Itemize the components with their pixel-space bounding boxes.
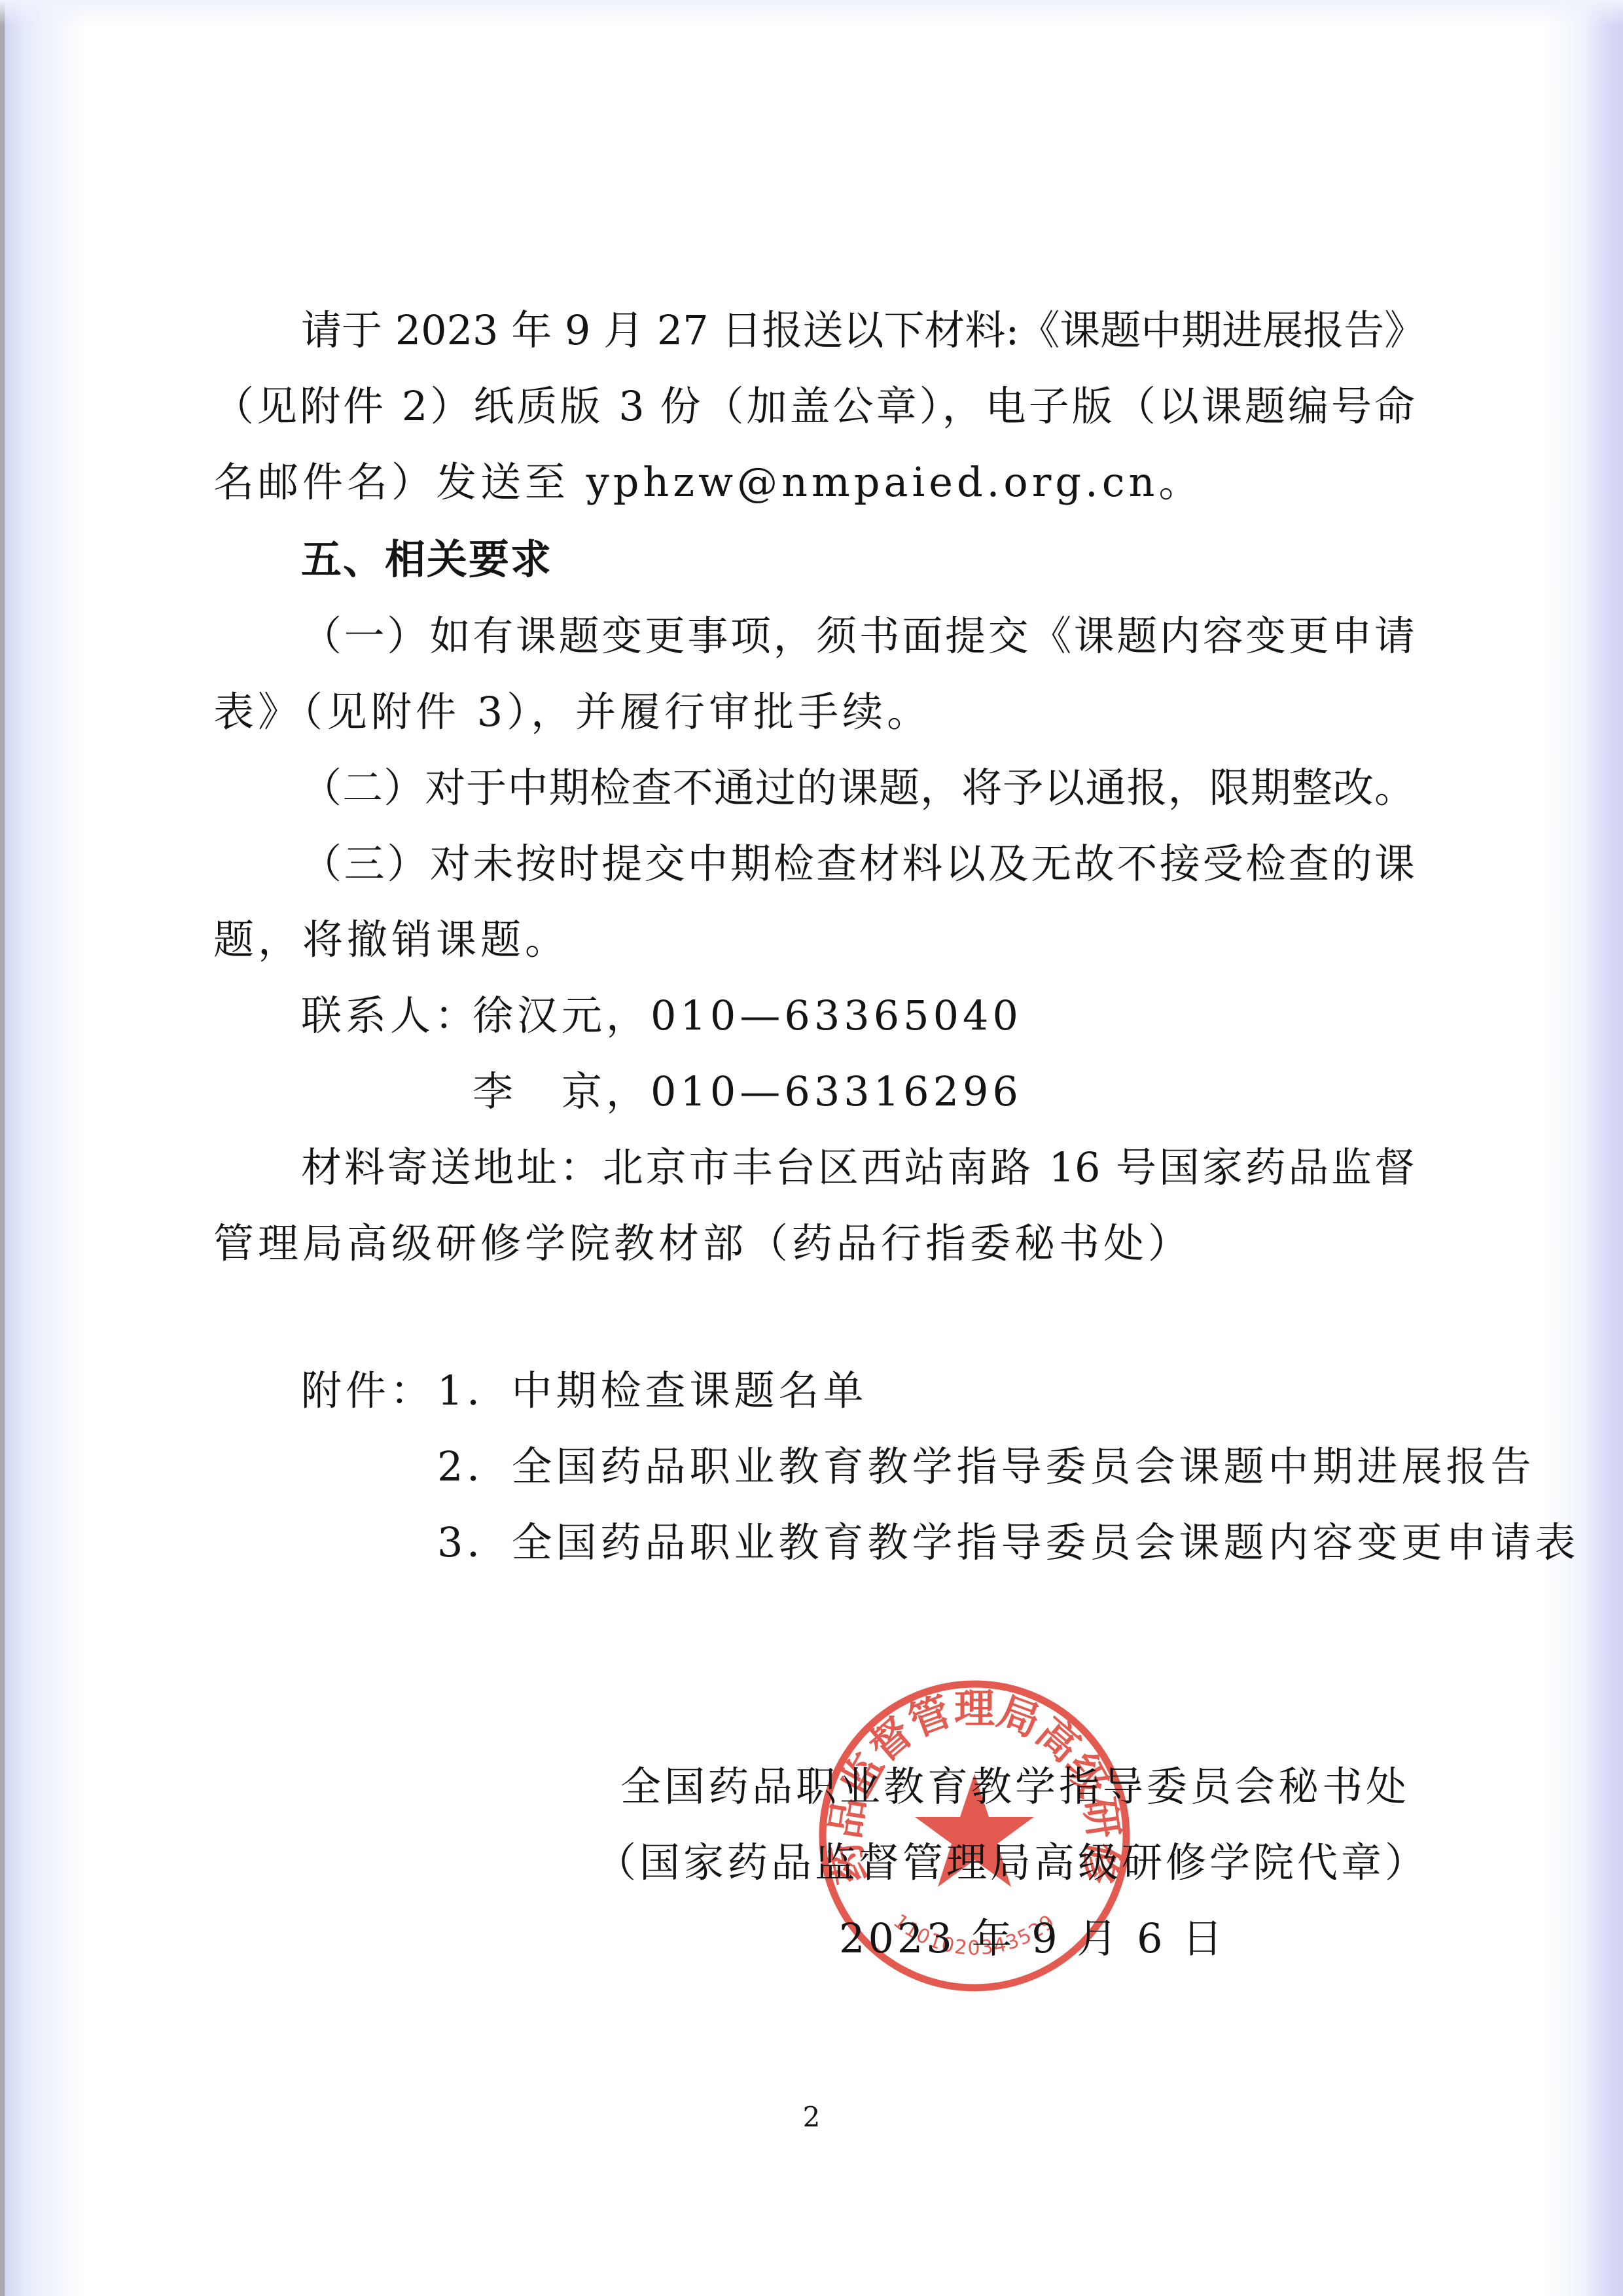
requirement-item-3-line-2: 题，将撤销课题。 <box>213 914 569 966</box>
paragraph-submission-line-3: 名邮件名）发送至 yphzw@nmpaied.org.cn。 <box>213 456 1203 509</box>
attachment-item-2: 2．全国药品职业教育教学指导委员会课题中期进展报告 <box>437 1441 1535 1493</box>
contact-person-1: 徐汉元，010—63365040 <box>473 990 1022 1042</box>
requirement-item-2: （二）对于中期检查不通过的课题，将予以通报，限期整改。 <box>301 762 1415 814</box>
signature-seal-note: （国家药品监督管理局高级研修学院代章） <box>596 1837 1429 1889</box>
attachment-item-3: 3．全国药品职业教育教学指导委员会课题内容变更申请表 <box>437 1516 1579 1569</box>
contact-person-2: 李 京，010—63316296 <box>473 1066 1022 1118</box>
attachments-label: 附件： <box>301 1365 435 1417</box>
contact-name: 徐汉元 <box>473 992 606 1039</box>
requirement-item-1-line-2: 表》（见附件 3），并履行审批手续。 <box>213 686 931 738</box>
signature-organization: 全国药品职业教育教学指导委员会秘书处 <box>620 1761 1410 1813</box>
contacts-label: 联系人： <box>301 990 479 1042</box>
section-heading-requirements: 五、相关要求 <box>301 533 552 586</box>
requirement-item-1-line-1: （一）如有课题变更事项，须书面提交《课题内容变更申请 <box>301 610 1415 662</box>
signature-date: 2023 年 9 月 6 日 <box>839 1912 1226 1965</box>
paragraph-submission-line-2: （见附件 2）纸质版 3 份（加盖公章），电子版（以课题编号命 <box>213 380 1415 433</box>
contact-name: 李 京 <box>473 1067 606 1115</box>
contact-phone: 010—63365040 <box>651 992 1022 1039</box>
attachment-item-1: 1．中期检查课题名单 <box>437 1365 867 1417</box>
document-page: 请于 2023 年 9 月 27 日报送以下材料:《课题中期进展报告》 （见附件… <box>0 0 1623 2296</box>
requirement-item-3-line-1: （三）对未按时提交中期检查材料以及无故不接受检查的课 <box>301 838 1415 890</box>
mailing-address-line-1: 材料寄送地址：北京市丰台区西站南路 16 号国家药品监督 <box>301 1141 1415 1194</box>
mailing-address-line-2: 管理局高级研修学院教材部（药品行指委秘书处） <box>213 1217 1192 1270</box>
paragraph-submission-line-1: 请于 2023 年 9 月 27 日报送以下材料:《课题中期进展报告》 <box>301 304 1415 357</box>
contact-phone: 010—63316296 <box>651 1067 1022 1115</box>
page-number: 2 <box>0 2101 1623 2133</box>
